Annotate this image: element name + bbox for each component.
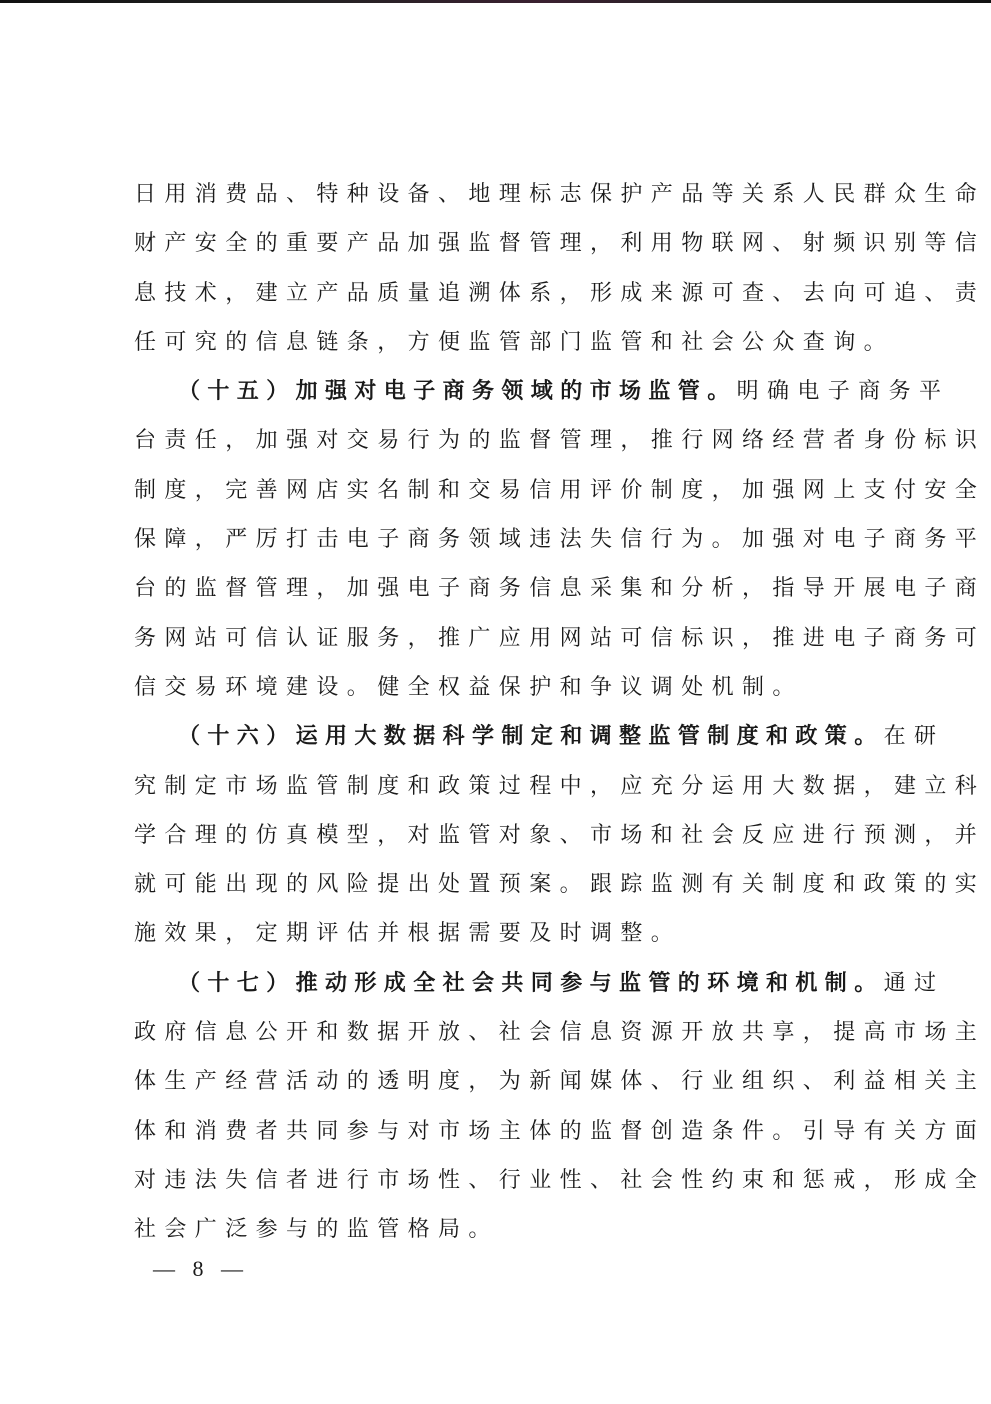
text-line: 体和消费者共同参与对市场主体的监督创造条件。引导有关方面	[134, 1109, 860, 1158]
text-line: 政府信息公开和数据开放、社会信息资源开放共享，提高市场主	[134, 1010, 860, 1059]
document-body: 日用消费品、特种设备、地理标志保护产品等关系人民群众生命 财产安全的重要产品加强…	[134, 172, 860, 1257]
paragraph-section-15: （十五）加强对电子商务领域的市场监管。明确电子商务平 台责任，加强对交易行为的监…	[134, 369, 860, 714]
text-line: 务网站可信认证服务，推广应用网站可信标识，推进电子商务可	[134, 616, 860, 665]
text-span: 明确电子商务平	[737, 379, 950, 404]
text-line: 任可究的信息链条，方便监管部门监管和社会公众查询。	[134, 320, 860, 369]
paragraph-section-16: （十六）运用大数据科学制定和调整监管制度和政策。在研 究制定市场监管制度和政策过…	[134, 714, 860, 960]
paragraph-section-17: （十七）推动形成全社会共同参与监管的环境和机制。通过 政府信息公开和数据开放、社…	[134, 961, 860, 1257]
paragraph-continuation: 日用消费品、特种设备、地理标志保护产品等关系人民群众生命 财产安全的重要产品加强…	[134, 172, 860, 369]
text-line: 学合理的仿真模型，对监管对象、市场和社会反应进行预测，并	[134, 813, 860, 862]
text-span: 通过	[884, 971, 945, 996]
section-heading-15: （十五）加强对电子商务领域的市场监管。	[178, 378, 737, 404]
text-line: 就可能出现的风险提出处置预案。跟踪监测有关制度和政策的实	[134, 862, 860, 911]
text-line: 究制定市场监管制度和政策过程中，应充分运用大数据，建立科	[134, 764, 860, 813]
scan-top-edge	[0, 0, 991, 3]
text-line: 对违法失信者进行市场性、行业性、社会性约束和惩戒，形成全	[134, 1158, 860, 1207]
text-line: 体生产经营活动的透明度，为新闻媒体、行业组织、利益相关主	[134, 1059, 860, 1108]
text-line: 信交易环境建设。健全权益保护和争议调处机制。	[134, 665, 860, 714]
paragraph-first-line: （十七）推动形成全社会共同参与监管的环境和机制。通过	[134, 961, 860, 1010]
text-line: 台的监督管理，加强电子商务信息采集和分析，指导开展电子商	[134, 566, 860, 615]
text-line: 日用消费品、特种设备、地理标志保护产品等关系人民群众生命	[134, 172, 860, 221]
text-line: 保障，严厉打击电子商务领域违法失信行为。加强对电子商务平	[134, 517, 860, 566]
section-heading-17: （十七）推动形成全社会共同参与监管的环境和机制。	[178, 970, 884, 996]
section-heading-16: （十六）运用大数据科学制定和调整监管制度和政策。	[178, 723, 884, 749]
text-line: 息技术，建立产品质量追溯体系，形成来源可查、去向可追、责	[134, 271, 860, 320]
paragraph-first-line: （十六）运用大数据科学制定和调整监管制度和政策。在研	[134, 714, 860, 763]
page-number: — 8 —	[153, 1256, 249, 1282]
text-span: 在研	[884, 724, 945, 749]
text-line: 施效果，定期评估并根据需要及时调整。	[134, 911, 860, 960]
text-line: 台责任，加强对交易行为的监督管理，推行网络经营者身份标识	[134, 418, 860, 467]
text-line: 财产安全的重要产品加强监督管理，利用物联网、射频识别等信	[134, 221, 860, 270]
text-line: 制度，完善网店实名制和交易信用评价制度，加强网上支付安全	[134, 468, 860, 517]
text-line: 社会广泛参与的监管格局。	[134, 1207, 860, 1256]
paragraph-first-line: （十五）加强对电子商务领域的市场监管。明确电子商务平	[134, 369, 860, 418]
